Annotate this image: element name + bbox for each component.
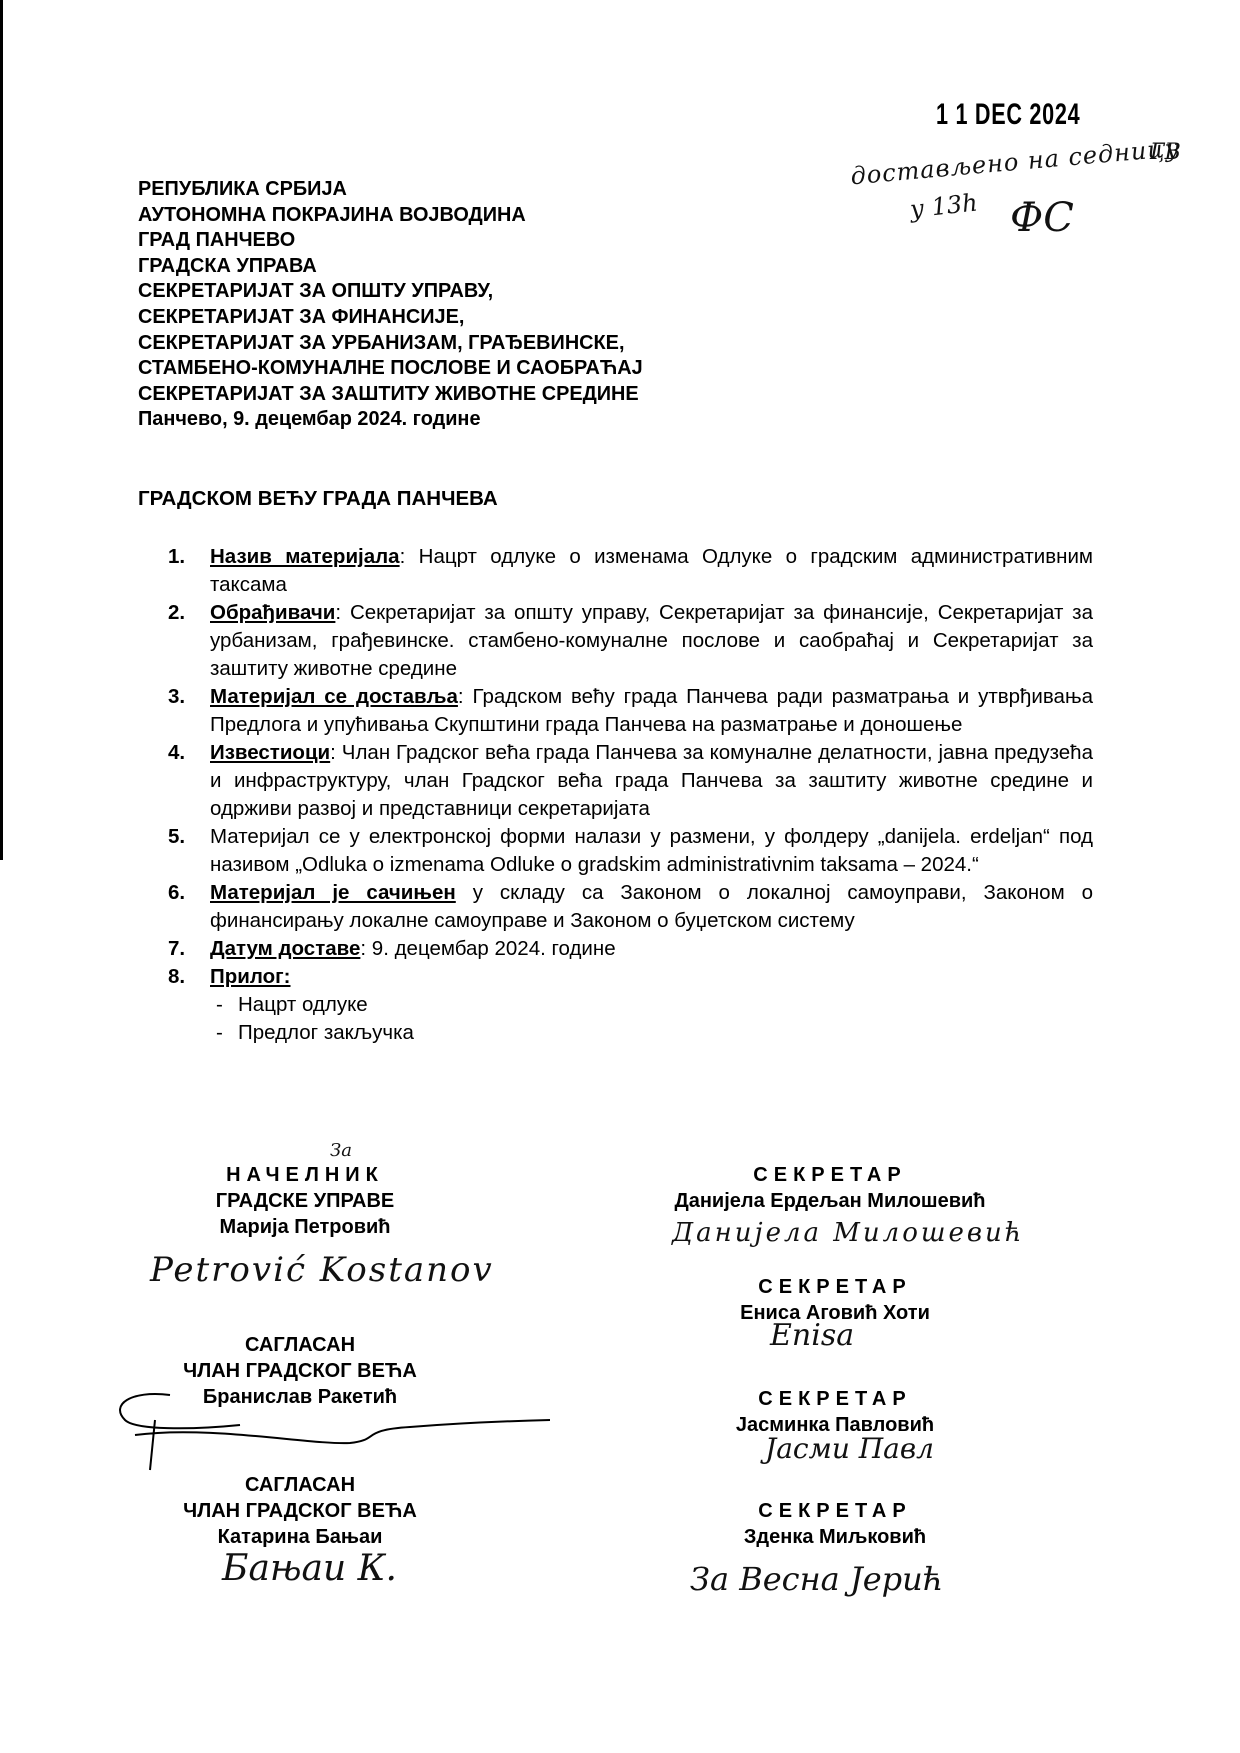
handwritten-signature: Јасми Павл — [765, 1432, 934, 1465]
signatory-subtitle: ГРАДСКЕ УПРАВЕ — [170, 1188, 440, 1214]
handwritten-za-note: За — [330, 1140, 352, 1161]
handwritten-signature: Enisa — [770, 1318, 854, 1353]
item-number: 3. — [168, 683, 210, 739]
dash-bullet: - — [216, 1019, 238, 1047]
signatory-title: САГЛАСАН — [150, 1332, 450, 1358]
dash-bullet: - — [216, 991, 238, 1019]
list-item: 5. Материјал се у електронској форми нал… — [168, 823, 1093, 879]
header-line-secretariat-urban-cont: СТАМБЕНО-КОМУНАЛНЕ ПОСЛОВЕ И САОБРАЋАЈ — [138, 355, 643, 381]
item-label: Прилог: — [210, 965, 291, 988]
header-line-country: РЕПУБЛИКА СРБИЈА — [138, 176, 643, 202]
signatory-name: Зденка Миљковић — [700, 1524, 970, 1550]
received-date-stamp: 1 1 DEC 2024 — [936, 98, 1080, 132]
item-number: 2. — [168, 599, 210, 683]
item-label: Обрађивачи — [210, 601, 335, 624]
attachment-text: Нацрт одлуке — [238, 991, 368, 1019]
signatory-title: НАЧЕЛНИК — [170, 1162, 440, 1188]
list-item: 1. Назив материјала: Нацрт одлуке о изме… — [168, 543, 1093, 599]
attachment-item: -Предлог закључка — [216, 1019, 1093, 1047]
handwritten-note-line2: у 13h — [909, 189, 979, 224]
handwritten-signature: Бањаи К. — [222, 1548, 397, 1589]
header-line-province: АУТОНОМНА ПОКРАЈИНА ВОЈВОДИНА — [138, 202, 643, 228]
item-number: 4. — [168, 739, 210, 823]
list-item: 7. Датум доставе: 9. децембар 2024. годи… — [168, 935, 1093, 963]
item-label: Назив материјала — [210, 545, 400, 568]
signatory-subtitle: ЧЛАН ГРАДСКОГ ВЕЋА — [150, 1358, 450, 1384]
item-text: 9. децембар 2024. године — [366, 937, 616, 960]
signatory-name: Катарина Бањаи — [150, 1524, 450, 1550]
recipient: ГРАДСКОМ ВЕЋУ ГРАДА ПАНЧЕВА — [138, 487, 498, 511]
signature-block-secretary-1: СЕКРЕТАР Данијела Ердељан Милошевић — [630, 1162, 1030, 1214]
item-label: Известиоци — [210, 741, 330, 764]
list-item: 6. Материјал је сачињен у складу са Зако… — [168, 879, 1093, 935]
item-label: Материјал се доставља — [210, 685, 458, 708]
list-item: 3. Материјал се доставља: Градском већу … — [168, 683, 1093, 739]
signature-block-secretary-4: СЕКРЕТАР Зденка Миљковић — [700, 1498, 970, 1550]
attachment-text: Предлог закључка — [238, 1019, 414, 1047]
item-text: Члан Градског већа града Панчева за кому… — [210, 741, 1093, 820]
handwritten-signature: Petrović Kostanov — [150, 1250, 494, 1290]
handwritten-signature-raketic — [110, 1385, 550, 1475]
header-line-secretariat-finance: СЕКРЕТАРИЈАТ ЗА ФИНАНСИЈЕ, — [138, 304, 643, 330]
header-line-secretariat-environment: СЕКРЕТАРИЈАТ ЗА ЗАШТИТУ ЖИВОТНЕ СРЕДИНЕ — [138, 381, 643, 407]
header-line-secretariat-general: СЕКРЕТАРИЈАТ ЗА ОПШТУ УПРАВУ, — [138, 278, 643, 304]
list-item: 4. Известиоци: Члан Градског већа града … — [168, 739, 1093, 823]
signatory-title: СЕКРЕТАР — [700, 1386, 970, 1412]
item-text: Материјал се у електронској форми налази… — [210, 825, 1093, 876]
numbered-item-list: 1. Назив материјала: Нацрт одлуке о изме… — [168, 543, 1093, 1047]
signatory-subtitle: ЧЛАН ГРАДСКОГ ВЕЋА — [150, 1498, 450, 1524]
item-number: 1. — [168, 543, 210, 599]
handwritten-signature: За Весна Јерић — [690, 1560, 943, 1598]
signatory-title: СЕКРЕТАР — [630, 1162, 1030, 1188]
handwritten-note-suffix: ГВ — [1150, 140, 1181, 165]
list-item: 8. Прилог: — [168, 963, 1093, 991]
page-scan-edge — [0, 0, 3, 860]
signatory-name: Марија Петровић — [170, 1214, 440, 1240]
item-number: 8. — [168, 963, 210, 991]
handwritten-signature: Данијела Милошевић — [672, 1218, 1025, 1248]
signature-block-council-member-2: САГЛАСАН ЧЛАН ГРАДСКОГ ВЕЋА Катарина Бањ… — [150, 1472, 450, 1550]
signatory-title: СЕКРЕТАР — [700, 1498, 970, 1524]
item-number: 6. — [168, 879, 210, 935]
item-label: Датум доставе — [210, 937, 360, 960]
header-line-administration: ГРАДСКА УПРАВА — [138, 253, 643, 279]
list-item: 2. Обрађивачи: Секретаријат за општу упр… — [168, 599, 1093, 683]
header-line-secretariat-urban: СЕКРЕТАРИЈАТ ЗА УРБАНИЗАМ, ГРАЂЕВИНСКЕ, — [138, 330, 643, 356]
signatory-title: СЕКРЕТАР — [690, 1274, 980, 1300]
document-header: РЕПУБЛИКА СРБИЈА АУТОНОМНА ПОКРАЈИНА ВОЈ… — [138, 176, 643, 432]
handwritten-initials: ФС — [1010, 195, 1074, 241]
handwritten-note-line1: достављено на седницу — [849, 134, 1181, 191]
signatory-name: Данијела Ердељан Милошевић — [630, 1188, 1030, 1214]
item-number: 7. — [168, 935, 210, 963]
signature-block-head: НАЧЕЛНИК ГРАДСКЕ УПРАВЕ Марија Петровић — [170, 1162, 440, 1240]
item-label: Материјал је сачињен — [210, 881, 456, 904]
signatory-title: САГЛАСАН — [150, 1472, 450, 1498]
item-number: 5. — [168, 823, 210, 879]
attachment-list: -Нацрт одлуке -Предлог закључка — [168, 991, 1093, 1047]
header-line-city: ГРАД ПАНЧЕВО — [138, 227, 643, 253]
item-text: Секретаријат за општу управу, Секретариј… — [210, 601, 1093, 680]
signature-block-secretary-3: СЕКРЕТАР Јасминка Павловић — [700, 1386, 970, 1438]
attachment-item: -Нацрт одлуке — [216, 991, 1093, 1019]
header-line-place-date: Панчево, 9. децембар 2024. године — [138, 406, 643, 432]
